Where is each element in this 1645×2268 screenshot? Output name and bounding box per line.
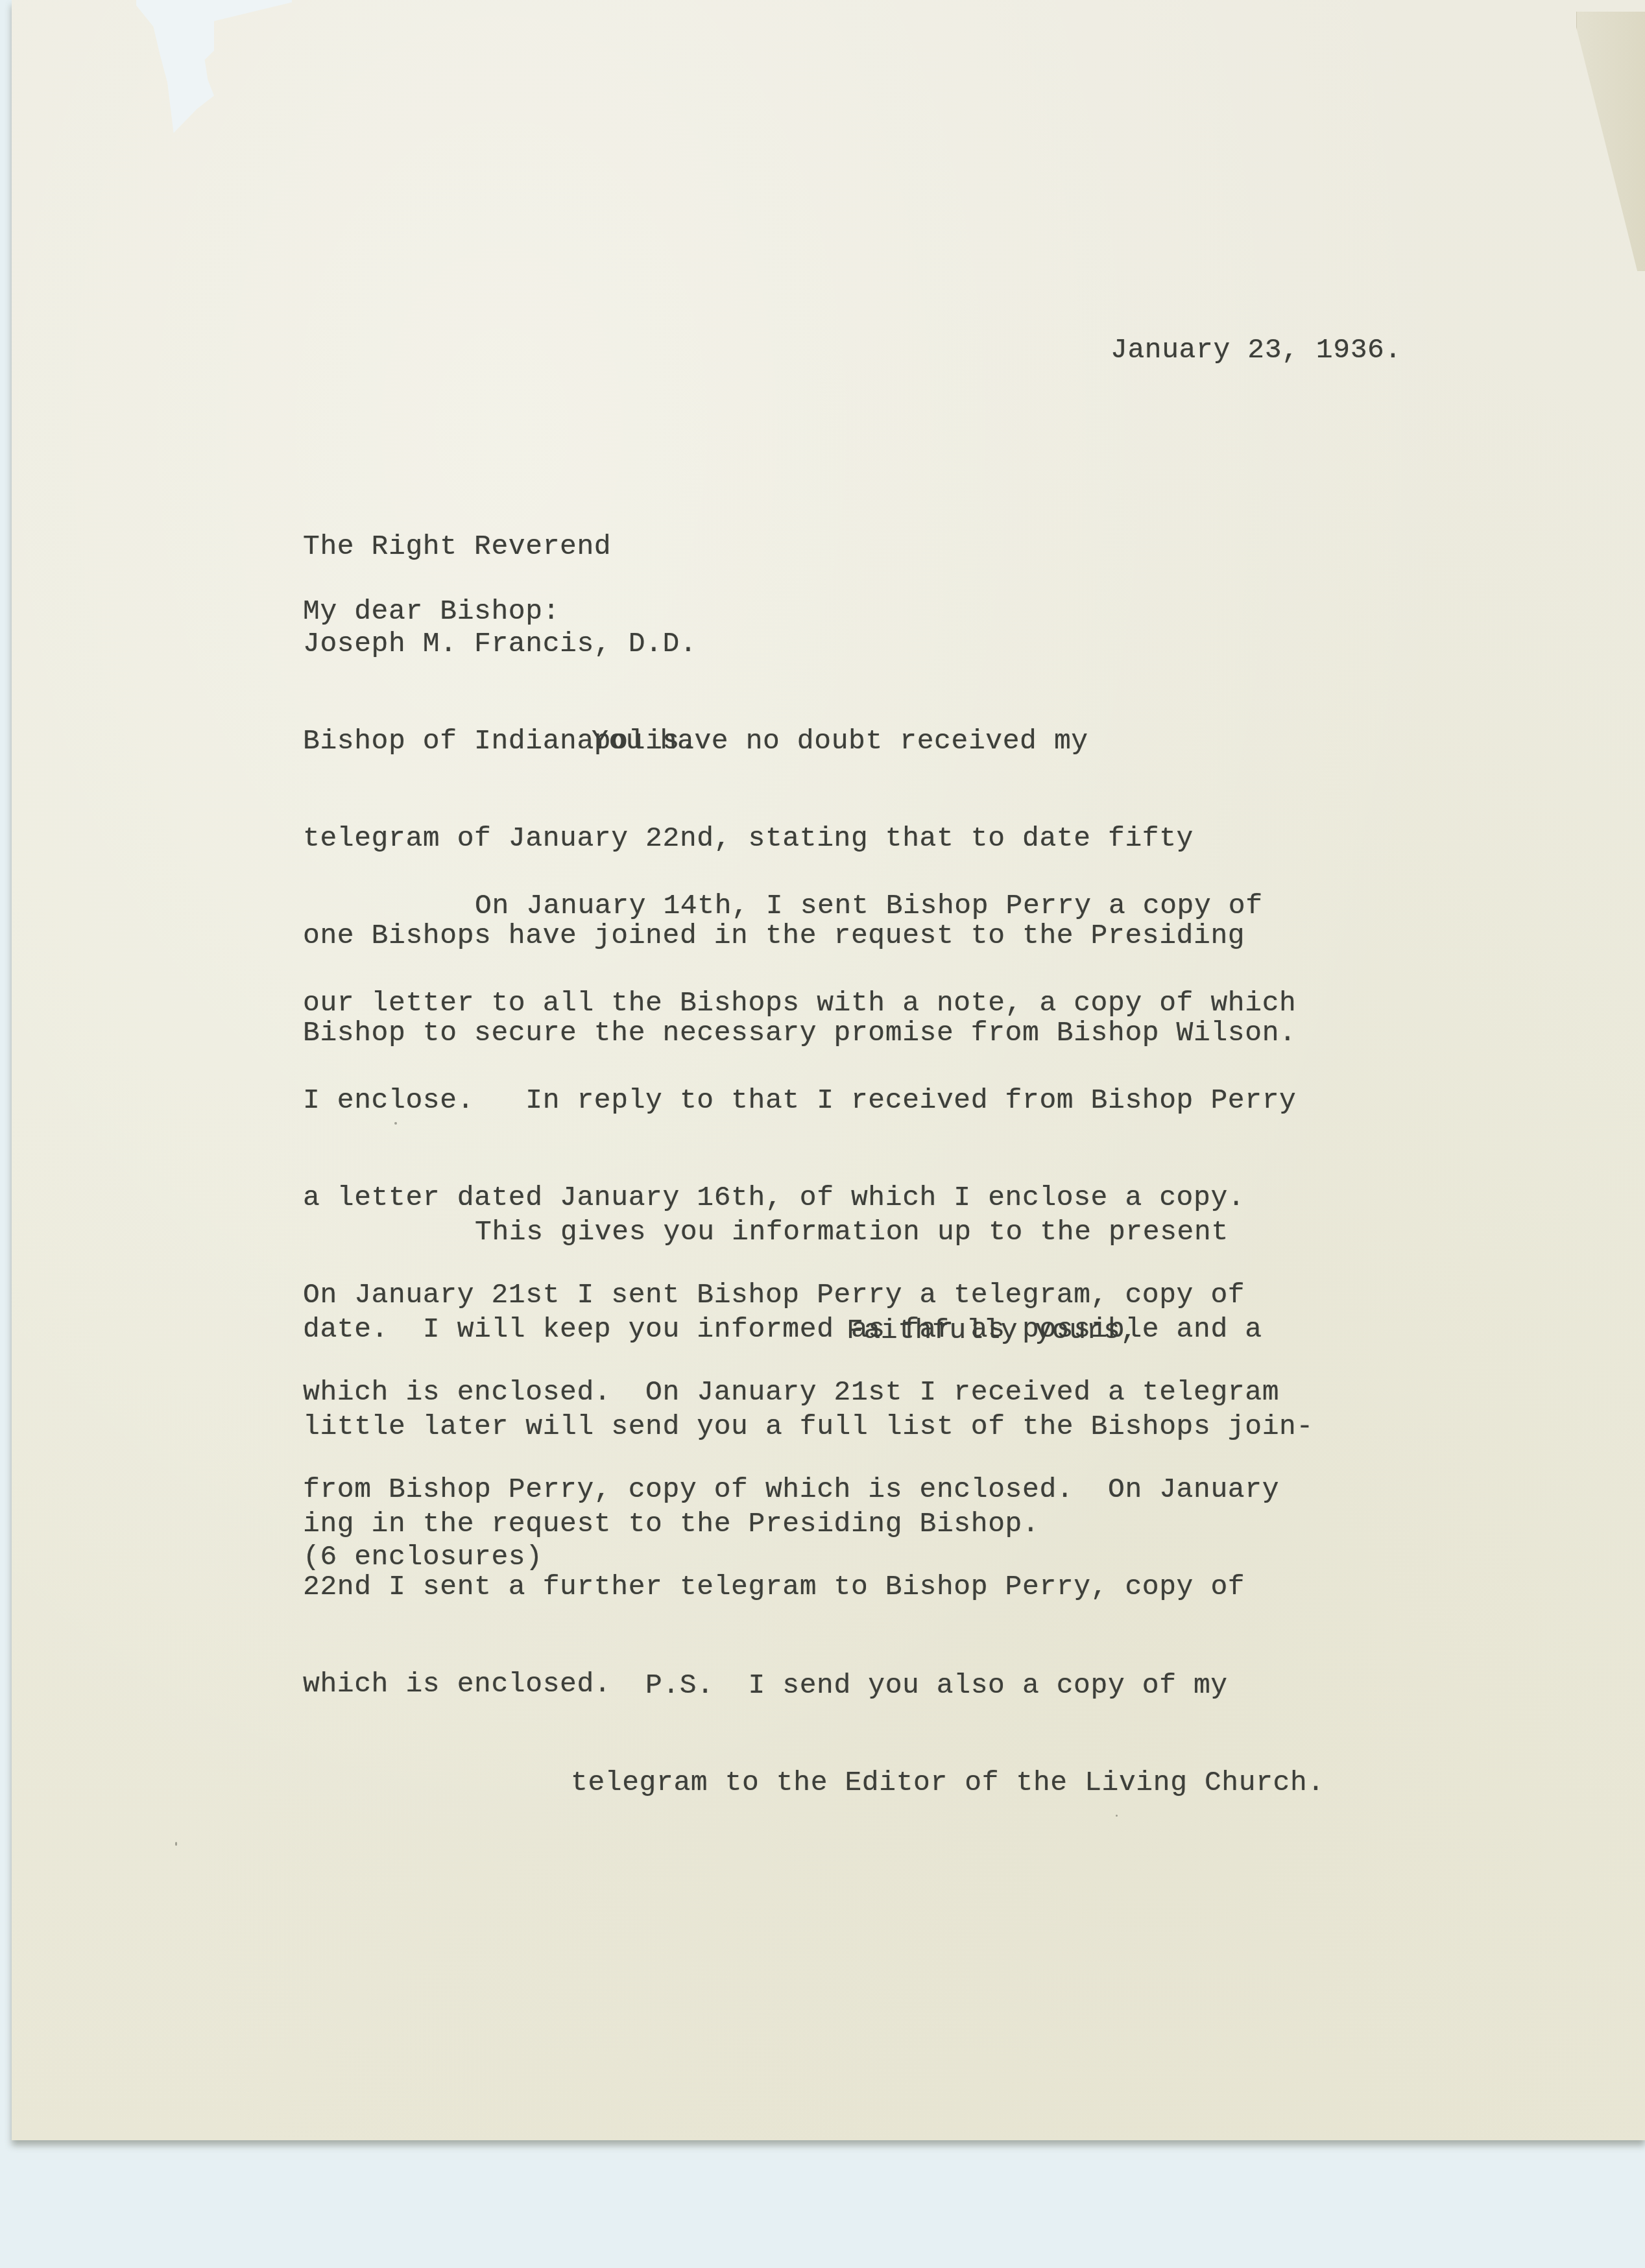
- paragraph-line: 22nd I sent a further telegram to Bishop…: [303, 1571, 1296, 1603]
- letter-date: January 23, 1936.: [1111, 334, 1402, 366]
- paragraph-line: This gives you information up to the pre…: [303, 1216, 1314, 1248]
- postscript-line: P.S. I send you also a copy of my: [571, 1669, 1325, 1702]
- complimentary-close: Faithfully yours,: [847, 1315, 1138, 1347]
- paragraph-line: You have no doubt received my: [303, 725, 1296, 758]
- paragraph-line-text: This gives you information up to the pre…: [303, 1216, 1229, 1248]
- paragraph-line-text: You have no doubt received my: [303, 725, 1088, 757]
- paragraph-line: I enclose. In reply to that I received f…: [303, 1084, 1296, 1117]
- postscript: P.S. I send you also a copy of my telegr…: [571, 1605, 1325, 1832]
- paragraph-line: ing in the request to the Presiding Bish…: [303, 1508, 1314, 1540]
- paragraph-line: On January 14th, I sent Bishop Perry a c…: [303, 890, 1296, 922]
- postscript-line: telegram to the Editor of the Living Chu…: [571, 1767, 1325, 1799]
- salutation: My dear Bishop:: [303, 595, 560, 628]
- recipient-line: Joseph M. Francis, D.D.: [303, 628, 697, 660]
- scanner-left-edge: [0, 0, 12, 2268]
- enclosures-note: (6 enclosures): [303, 1541, 543, 1573]
- paragraph-line-text: On January 14th, I sent Bishop Perry a c…: [303, 890, 1263, 922]
- ink-speck: [394, 1122, 397, 1125]
- paragraph-line: date. I will keep you informed as far as…: [303, 1313, 1314, 1346]
- ink-speck: [1116, 1815, 1118, 1817]
- paragraph-line: our letter to all the Bishops with a not…: [303, 987, 1296, 1020]
- postscript-line-text: P.S. I send you also a copy of my: [571, 1669, 1228, 1701]
- recipient-line: The Right Reverend: [303, 531, 697, 563]
- ink-speck: [175, 1842, 177, 1846]
- body-paragraph-3: This gives you information up to the pre…: [303, 1151, 1314, 1573]
- paragraph-line: little later will send you a full list o…: [303, 1411, 1314, 1443]
